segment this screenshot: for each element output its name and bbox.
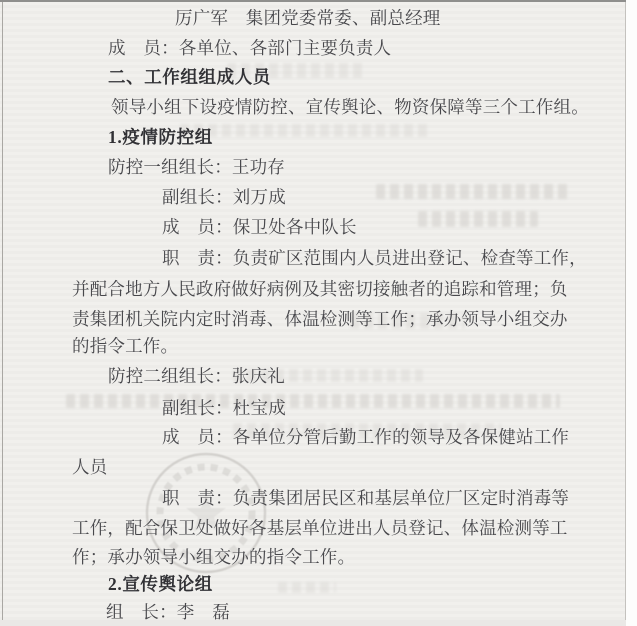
bleedthrough-ghost-text bbox=[418, 211, 538, 227]
group2-members-line-2: 人员 bbox=[72, 457, 107, 477]
section-2-heading: 二、工作组组成人员 bbox=[108, 67, 271, 87]
leader-entry-line: 厉广军 集团党委常委、副总经理 bbox=[175, 8, 441, 28]
group3-heading: 2.宣传舆论组 bbox=[108, 574, 213, 594]
scan-margin-bottom bbox=[0, 620, 626, 626]
bleedthrough-ghost-text bbox=[278, 582, 336, 593]
group2-duty-line-1: 职 责：负责集团居民区和基层单位厂区定时消毒等 bbox=[162, 488, 569, 508]
page-left-edge bbox=[2, 2, 3, 622]
group1-leader-line: 防控一组组长：王功存 bbox=[108, 157, 285, 177]
group2-members-line-1: 成 员：各单位分管后勤工作的领导及各保健站工作 bbox=[162, 427, 569, 447]
group2-leader-line: 防控二组组长：张庆礼 bbox=[108, 366, 285, 386]
bleedthrough-ghost-text bbox=[66, 394, 560, 408]
group2-duty-line-3: 作；承办领导小组交办的指令工作。 bbox=[72, 547, 355, 567]
scanned-document: 厉广军 集团党委常委、副总经理 成 员：各单位、各部门主要负责人 二、工作组组成… bbox=[0, 0, 637, 626]
intro-paragraph-line: 领导小组下设疫情防控、宣传舆论、物资保障等三个工作组。 bbox=[111, 97, 589, 117]
group2-duty-line-2: 工作，配合保卫处做好各基层单位进出人员登记、体温检测等工 bbox=[72, 518, 568, 538]
scan-margin-right bbox=[626, 0, 637, 626]
group3-leader-line: 组 长：李 磊 bbox=[106, 602, 230, 622]
group1-heading: 1.疫情防控组 bbox=[108, 127, 213, 147]
document-page: 厉广军 集团党委常委、副总经理 成 员：各单位、各部门主要负责人 二、工作组组成… bbox=[0, 0, 626, 620]
group1-deputy-line: 副组长：刘万成 bbox=[162, 187, 286, 207]
group1-duty-line-1: 职 责：负责矿区范围内人员进出登记、检查等工作， bbox=[162, 248, 587, 268]
group1-members-line: 成 员：保卫处各中队长 bbox=[162, 217, 357, 237]
members-line: 成 员：各单位、各部门主要负责人 bbox=[108, 38, 391, 58]
bleedthrough-ghost-text bbox=[376, 184, 569, 199]
bleedthrough-ghost-text bbox=[180, 124, 430, 137]
group2-deputy-line: 副组长：杜宝成 bbox=[162, 398, 286, 418]
group1-duty-line-3: 责集团机关院内定时消毒、体温检测等工作；承办领导小组交办 bbox=[72, 309, 568, 329]
group1-duty-line-2: 并配合地方人民政府做好病例及其密切接触者的追踪和管理；负 bbox=[72, 279, 568, 299]
group1-duty-line-4: 的指令工作。 bbox=[72, 336, 178, 356]
